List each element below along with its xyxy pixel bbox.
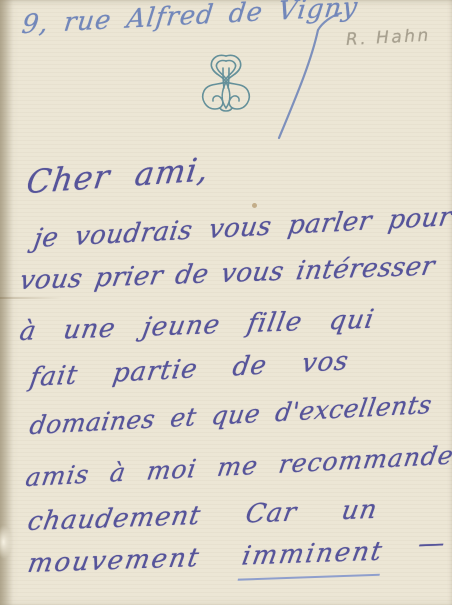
body-line-3: à une jeune fille qui xyxy=(17,305,377,348)
body-line-4: fait partie de vos xyxy=(28,346,351,393)
underlined-word: imminent xyxy=(238,536,386,580)
body-line-1: je voudrais vous parler pour xyxy=(32,202,452,254)
paper-speck xyxy=(252,203,257,208)
last-line-prefix: mouvement xyxy=(25,543,203,579)
salutation: Cher ami, xyxy=(24,150,211,201)
word-gap xyxy=(199,565,241,566)
address-line: 9, rue Alfred de Vigny xyxy=(20,0,360,40)
body-line-6: amis à moi me recommandent xyxy=(24,439,452,492)
monogram-icon xyxy=(197,51,255,115)
paper-crease xyxy=(0,297,62,299)
body-line-2: vous prier de vous intéresser xyxy=(17,251,437,296)
body-line-7: chaudement Car un xyxy=(25,495,380,537)
paper-wear-spot xyxy=(0,525,12,559)
paper-left-edge xyxy=(0,0,13,605)
letter-page: 9, rue Alfred de Vigny R. Hahn Cher ami,… xyxy=(0,0,452,605)
trailing-dash: — xyxy=(416,528,449,559)
pencil-annotation: R. Hahn xyxy=(345,26,431,50)
body-line-last: mouvementimminent— xyxy=(25,534,448,579)
body-line-5: domaines et que d'excellents xyxy=(28,390,434,440)
